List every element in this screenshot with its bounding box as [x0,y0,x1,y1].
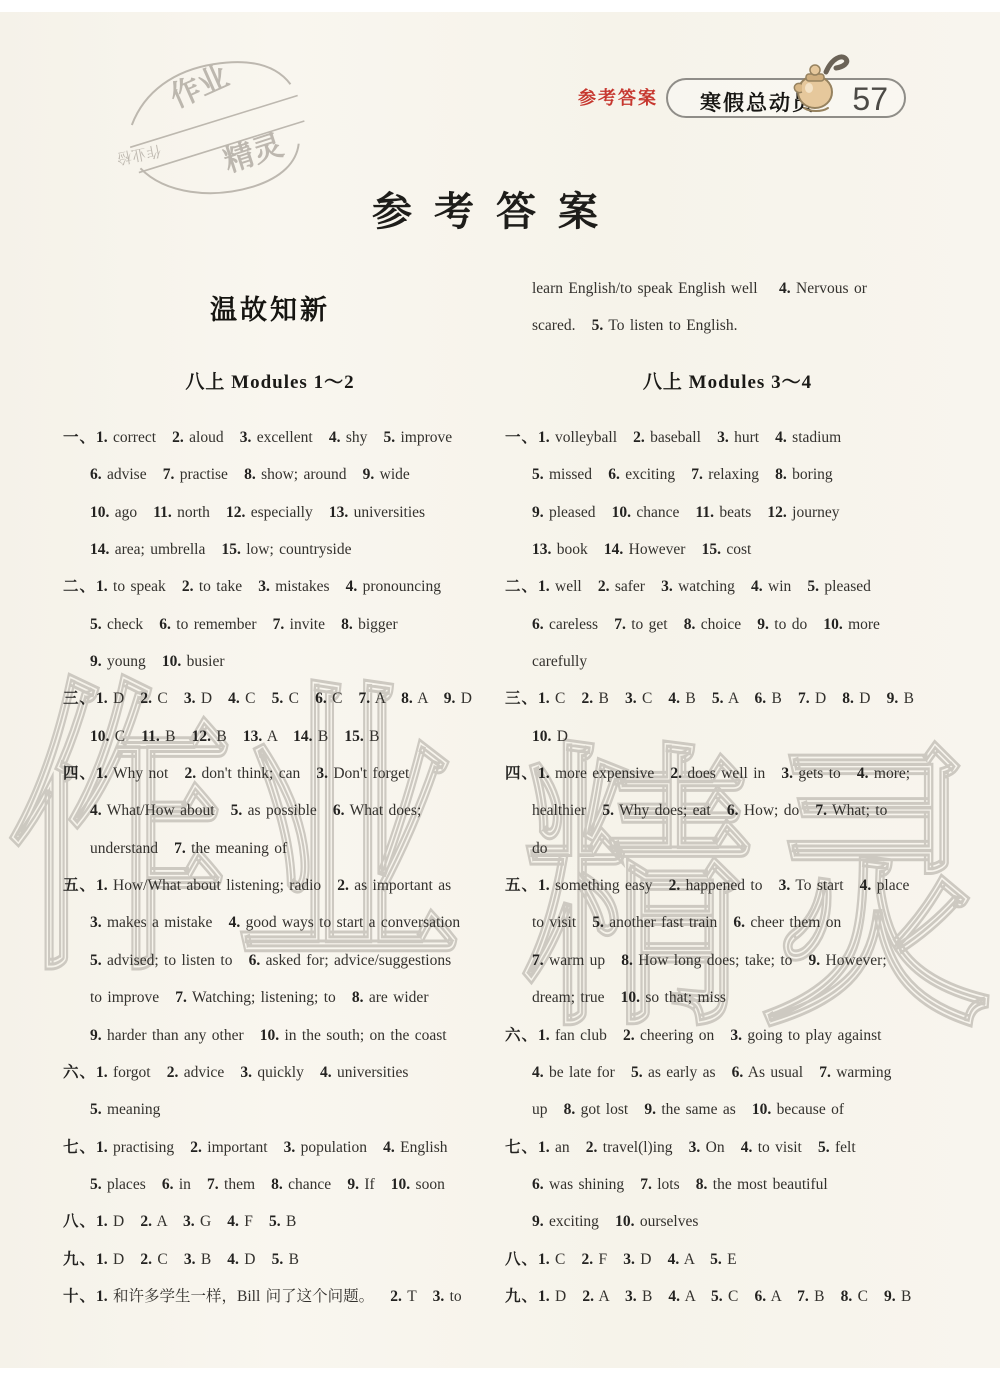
answer-line: healthier 5. Why does; eat 6. How; do 7.… [505,792,955,829]
answer-line: 5. check 6. to remember 7. invite 8. big… [63,606,493,643]
answer-line: 三、1. D 2. C 3. D 4. C 5. C 6. C 7. A 8. … [63,680,493,717]
answer-line: 6. careless 7. to get 8. choice 9. to do… [505,606,955,643]
answer-line: learn English/to speak English well 4. N… [505,270,950,307]
answer-line: 4. be late for 5. as early as 6. As usua… [505,1054,955,1091]
answer-line: carefully [505,643,955,680]
answer-line: 五、1. something easy 2. happened to 3. To… [505,867,955,904]
answer-line: 十、1. 和许多学生一样，Bill 问了这个问题。 2. T 3. to [63,1278,493,1315]
scanned-answer-page: { "colors": { "accent_red": "#c6362e", "… [0,0,1000,1382]
page-number: 57 [852,81,888,118]
answer-line: 九、1. D 2. C 3. B 4. D 5. B [63,1241,493,1278]
modules-subtitle-right: 八上 Modules 3～4 [505,367,950,394]
answer-line: 4. What/How about 5. as possible 6. What… [63,792,493,829]
answer-line: 四、1. Why not 2. don't think; can 3. Don'… [63,755,493,792]
answer-line: 七、1. an 2. travel(l)ing 3. On 4. to visi… [505,1129,955,1166]
modules-subtitle-left: 八上 Modules 1～2 [60,367,480,394]
answer-line: up 8. got lost 9. the same as 10. becaus… [505,1091,955,1128]
stamp-graphic: 作业 作业检查小助手 精灵 [118,42,318,202]
workbook-stamp: 作业 作业检查小助手 精灵 [118,42,318,202]
stamp-text-bottom: 精灵 [220,129,287,179]
right-column-lines: 一、1. volleyball 2. baseball 3. hurt 4. s… [505,419,955,1315]
answer-line: scared. 5. To listen to English. [505,307,950,344]
answer-line: 5. advised; to listen to 6. asked for; a… [63,942,493,979]
answer-line: 二、1. to speak 2. to take 3. mistakes 4. … [63,568,493,605]
answer-line: dream; true 10. so that; miss [505,979,955,1016]
header-label: 参考答案 [578,84,658,110]
answer-line: 六、1. fan club 2. cheering on 3. going to… [505,1017,955,1054]
answer-line: 八、1. D 2. A 3. G 4. F 5. B [63,1203,493,1240]
left-column-lines: 一、1. correct 2. aloud 3. excellent 4. sh… [63,419,493,1315]
answer-line: to improve 7. Watching; listening; to 8.… [63,979,493,1016]
answer-line: 9. harder than any other 10. in the sout… [63,1017,493,1054]
answer-line: 五、1. How/What about listening; radio 2. … [63,867,493,904]
answer-line: 六、1. forgot 2. advice 3. quickly 4. univ… [63,1054,493,1091]
answer-line: 7. warm up 8. How long does; take; to 9.… [505,942,955,979]
answer-line: 一、1. volleyball 2. baseball 3. hurt 4. s… [505,419,955,456]
answer-line: 6. advise 7. practise 8. show; around 9.… [63,456,493,493]
answer-line: 二、1. well 2. safer 3. watching 4. win 5.… [505,568,955,605]
answer-line: do [505,830,955,867]
answer-line: 10. ago 11. north 12. especially 13. uni… [63,494,493,531]
answer-line: 一、1. correct 2. aloud 3. excellent 4. sh… [63,419,493,456]
answer-line: 9. exciting 10. ourselves [505,1203,955,1240]
answer-line: 5. places 6. in 7. them 8. chance 9. If … [63,1166,493,1203]
answer-line: 10. C 11. B 12. B 13. A 14. B 15. B [63,718,493,755]
teapot-icon [786,50,850,121]
answer-line: to visit 5. another fast train 6. cheer … [505,904,955,941]
right-column-intro-lines: learn English/to speak English well 4. N… [505,270,950,345]
answer-line: 七、1. practising 2. important 3. populati… [63,1129,493,1166]
answer-line: 八、1. C 2. F 3. D 4. A 5. E [505,1241,955,1278]
answer-line: 6. was shining 7. lots 8. the most beaut… [505,1166,955,1203]
answer-line: 5. missed 6. exciting 7. relaxing 8. bor… [505,456,955,493]
answer-line: 9. young 10. busier [63,643,493,680]
stamp-text-top: 作业 [165,60,233,115]
answer-line: 3. makes a mistake 4. good ways to start… [63,904,493,941]
answer-line: 9. pleased 10. chance 11. beats 12. jour… [505,494,955,531]
answer-line: 13. book 14. However 15. cost [505,531,955,568]
answer-line: 四、1. more expensive 2. does well in 3. g… [505,755,955,792]
answer-line: 5. meaning [63,1091,493,1128]
answer-line: understand 7. the meaning of [63,830,493,867]
answer-line: 14. area; umbrella 15. low; countryside [63,531,493,568]
answer-line: 10. D [505,718,955,755]
review-heading: 温故知新 [60,288,480,327]
answer-line: 三、1. C 2. B 3. C 4. B 5. A 6. B 7. D 8. … [505,680,955,717]
answer-line: 九、1. D 2. A 3. B 4. A 5. C 6. A 7. B 8. … [505,1278,955,1315]
stamp-text-band: 作业检查小助手 [118,141,163,179]
